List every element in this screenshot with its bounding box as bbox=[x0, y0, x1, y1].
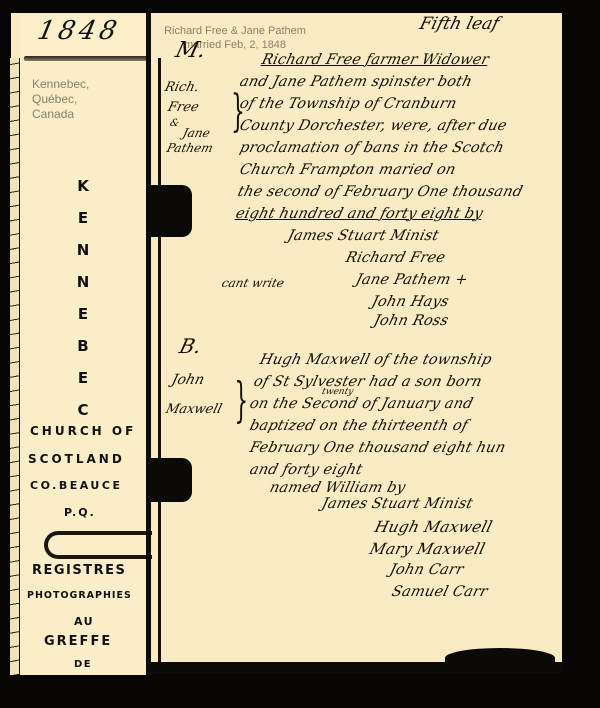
stamp-church-of: CHURCH OF bbox=[30, 424, 136, 438]
margin-name-john: John bbox=[170, 372, 206, 388]
entry-m-line-6: Church Frampton maried on bbox=[238, 162, 457, 178]
spine-letter: K bbox=[77, 170, 89, 202]
margin-name-pathem: Pathem bbox=[165, 141, 214, 155]
label-slot bbox=[44, 531, 152, 559]
spine-year: 1848 bbox=[35, 16, 124, 46]
spine-letter: E bbox=[78, 202, 88, 234]
entry-b-line-1: Hugh Maxwell of the township bbox=[258, 352, 493, 368]
stamp-registres: REGISTRES bbox=[32, 563, 126, 578]
spine-letter: E bbox=[78, 298, 88, 330]
signature-john-hays: John Hays bbox=[370, 294, 451, 310]
location-line-1: Kennebec, bbox=[32, 77, 89, 92]
signature-richard-free: Richard Free bbox=[344, 250, 447, 266]
margin-brace-b: } bbox=[234, 372, 248, 428]
spine-edge bbox=[146, 13, 151, 675]
cant-write-note: cant write bbox=[220, 276, 286, 290]
stamp-pq: P.Q. bbox=[64, 506, 96, 519]
signature-jane-pathem: Jane Pathem + bbox=[354, 272, 470, 288]
signature-mary-maxwell: Mary Maxwell bbox=[368, 540, 487, 558]
entry-m-line-8: eight hundred and forty eight by bbox=[234, 206, 485, 222]
signature-john-ross: John Ross bbox=[372, 313, 450, 329]
entry-b-line-3: on the Second of January and bbox=[248, 396, 475, 412]
entry-m-line-2: and Jane Pathem spinster both bbox=[238, 74, 474, 90]
entry-b-line-4: baptized on the thirteenth of bbox=[248, 418, 470, 434]
entry-b-line-7: named William by bbox=[268, 480, 407, 496]
binding-line bbox=[158, 58, 161, 670]
caption-line-1: Richard Free & Jane Pathem bbox=[160, 24, 310, 38]
spine-letter: E bbox=[78, 362, 88, 394]
stamp-de: DE bbox=[74, 659, 92, 670]
location-note: Kennebec, Québec, Canada bbox=[32, 77, 89, 122]
spine-letter: N bbox=[77, 234, 90, 266]
entry-code-m: M. bbox=[173, 38, 209, 63]
leaf-heading: Fifth leaf bbox=[418, 14, 502, 34]
spine-letter: B bbox=[77, 330, 88, 362]
entry-m-line-1: Richard Free farmer Widower bbox=[260, 52, 491, 68]
entry-b-line-2: of St Sylvester had a son born bbox=[252, 374, 484, 390]
signature-hugh-maxwell: Hugh Maxwell bbox=[373, 518, 494, 536]
kennebec-vertical-text: K E N N E B E C bbox=[70, 170, 96, 426]
bottom-edge-shadow bbox=[445, 648, 555, 668]
spine-letter: N bbox=[77, 266, 90, 298]
officiant-signature-b: James Stuart Minist bbox=[320, 496, 474, 512]
entry-m-line-7: the second of February One thousand bbox=[236, 184, 524, 200]
binder-clip-top bbox=[146, 185, 192, 237]
officiant-signature-m: James Stuart Minist bbox=[286, 228, 440, 244]
location-line-2: Québec, bbox=[32, 92, 89, 107]
location-line-3: Canada bbox=[32, 107, 89, 122]
stamp-greffe: GREFFE bbox=[44, 634, 112, 649]
entry-m-line-3: of the Township of Cranburn bbox=[238, 96, 458, 112]
signature-samuel-carr: Samuel Carr bbox=[390, 584, 489, 600]
binder-clip-bottom bbox=[146, 458, 192, 502]
entry-b-line-5: February One thousand eight hun bbox=[248, 440, 507, 456]
groom-name: Richard Free farmer Widower bbox=[260, 52, 491, 68]
margin-name-rich: Rich. bbox=[163, 80, 200, 95]
entry-b-line-6: and forty eight bbox=[248, 462, 364, 478]
stamp-photographies: PHOTOGRAPHIES bbox=[27, 590, 132, 601]
margin-name-free: Free bbox=[166, 100, 200, 115]
stamp-au: AU bbox=[74, 615, 94, 628]
spine-letter: C bbox=[77, 394, 88, 426]
margin-name-maxwell: Maxwell bbox=[164, 402, 223, 417]
signature-john-carr: John Carr bbox=[388, 562, 465, 578]
stamp-scotland: SCOTLAND bbox=[28, 452, 125, 466]
year-divider bbox=[24, 56, 148, 61]
entry-m-line-5: proclamation of bans in the Scotch bbox=[238, 140, 506, 156]
margin-name-jane: Jane bbox=[181, 126, 211, 140]
entry-m-line-4: County Dorchester, were, after due bbox=[238, 118, 509, 134]
stamp-co-beauce: CO.BEAUCE bbox=[30, 479, 122, 492]
